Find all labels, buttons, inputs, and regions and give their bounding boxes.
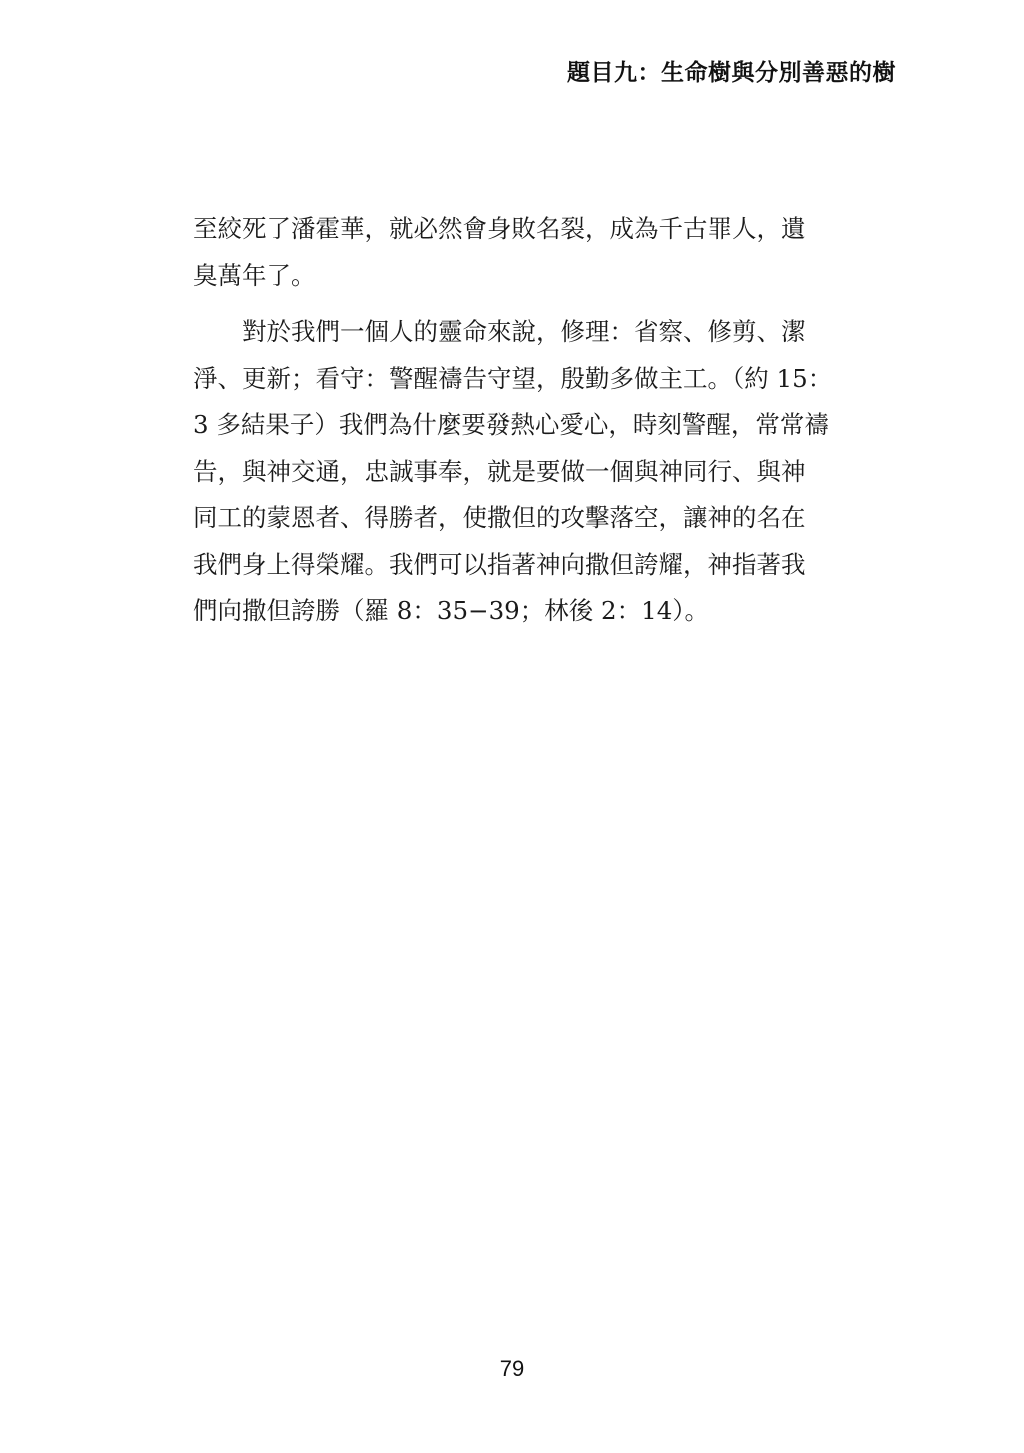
paragraph-2: 對於我們一個人的靈命來說，修理：省察、修剪、潔 淨、更新；看守：警醒禱告守望，殷…: [193, 309, 889, 635]
text-line: 至絞死了潘霍華，就必然會身敗名裂，成為千古罪人，遺: [193, 206, 889, 253]
text-line: 們向撒但誇勝（羅 8：35−39；林後 2：14）。: [193, 588, 889, 635]
text-line: 同工的蒙恩者、得勝者，使撒但的攻擊落空，讓神的名在: [193, 495, 889, 542]
text-line: 臭萬年了。: [193, 253, 889, 300]
text-line: 告，與神交通，忠誠事奉，就是要做一個與神同行、與神: [193, 449, 889, 496]
running-header-title: 題目九：生命樹與分別善惡的樹: [567, 54, 896, 87]
text-line: 對於我們一個人的靈命來說，修理：省察、修剪、潔: [193, 309, 889, 356]
text-line: 我們身上得榮耀。我們可以指著神向撒但誇耀，神指著我: [193, 542, 889, 589]
paragraph-gap: [193, 299, 889, 309]
body-text: 至絞死了潘霍華，就必然會身敗名裂，成為千古罪人，遺 臭萬年了。 對於我們一個人的…: [193, 206, 889, 635]
paragraph-1: 至絞死了潘霍華，就必然會身敗名裂，成為千古罪人，遺 臭萬年了。: [193, 206, 889, 299]
page-number: 79: [0, 1356, 1024, 1382]
text-line: 3 多結果子）我們為什麼要發熱心愛心，時刻警醒，常常禱: [193, 402, 889, 449]
text-line: 淨、更新；看守：警醒禱告守望，殷勤多做主工。（約 15：: [193, 356, 889, 403]
